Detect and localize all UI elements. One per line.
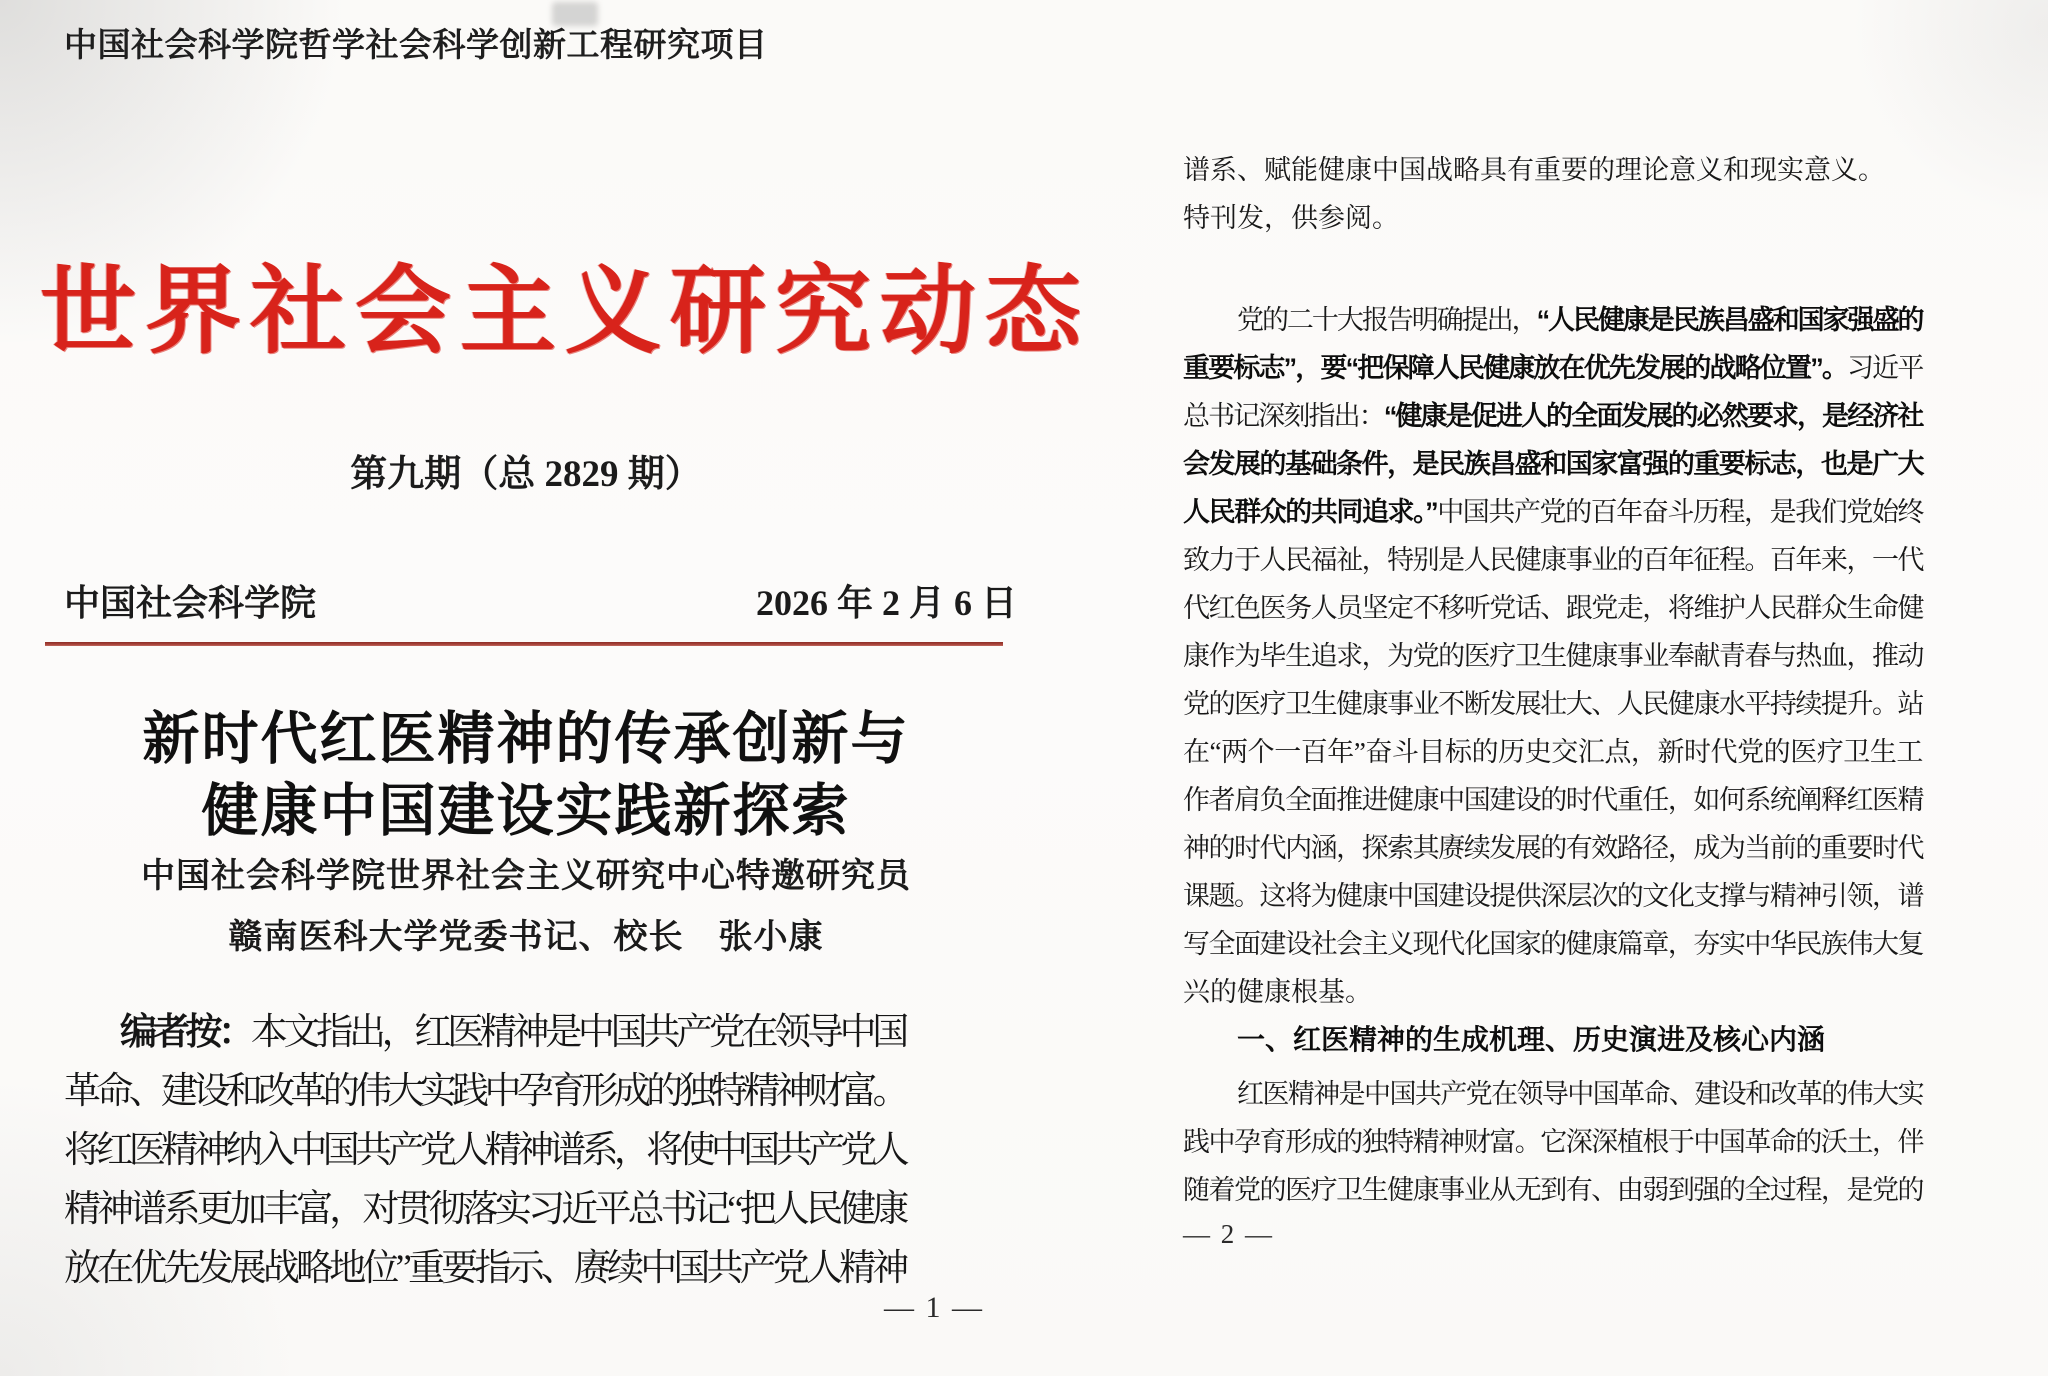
paragraph-gap (1183, 242, 1923, 296)
body-line: 特刊发，供参阅。 (1183, 194, 1923, 242)
author-name-line: 赣南医科大学党委书记、校长 张小康 (40, 910, 1012, 966)
body-line: 总书记深刻指出：“健康是促进人的全面发展的必然要求，是经济社 (1183, 392, 1923, 440)
editor-note-line: 放在优先发展战略地位”重要指示、赓续中国共产党人精神 (64, 1239, 905, 1298)
body-line: 党的二十大报告明确提出，“人民健康是民族昌盛和国家强盛的 (1183, 296, 1923, 344)
editor-note-line: 精神谱系更加丰富，对贯彻落实习近平总书记“把人民健康 (64, 1180, 905, 1239)
document-scan: 中国社会科学院哲学社会科学创新工程研究项目 世界社会主义研究动态 第九期（总 2… (0, 0, 2048, 1376)
body-line: 践中孕育形成的独特精神财富。它深深植根于中国革命的沃土，伴 (1183, 1118, 1923, 1166)
body-line: 神的时代内涵，探索其赓续发展的有效路径，成为当前的重要时代 (1183, 824, 1923, 872)
section-heading: 一、红医精神的生成机理、历史演进及核心内涵 (1183, 1016, 1923, 1064)
editor-note-line: 革命、建设和改革的伟大实践中孕育形成的独特精神财富。 (64, 1062, 905, 1121)
body-line: 康作为毕生追求，为党的医疗卫生健康事业奉献青春与热血，推动 (1183, 632, 1923, 680)
journal-masthead: 世界社会主义研究动态 (40, 252, 1012, 372)
author-affiliation: 中国社会科学院世界社会主义研究中心特邀研究员 (40, 849, 1012, 905)
editor-note-text: 本文指出，红医精神是中国共产党在领导中国 (251, 1012, 905, 1053)
page-2-text-column: 谱系、赋能健康中国战略具有重要的理论意义和现实意义。 特刊发，供参阅。 党的二十… (1183, 146, 1923, 1254)
project-header: 中国社会科学院哲学社会科学创新工程研究项目 (64, 25, 964, 65)
editor-note-line: 编者按：本文指出，红医精神是中国共产党在领导中国 (64, 1003, 905, 1062)
body-line: 兴的健康根基。 (1183, 968, 1923, 1016)
article-title-line2: 健康中国建设实践新探索 (40, 770, 1012, 854)
editor-note-line: 将红医精神纳入中国共产党人精神谱系，将使中国共产党人 (64, 1121, 905, 1180)
page-number-2: — 2 — (1183, 1214, 1923, 1254)
body-line: 作者肩负全面推进健康中国建设的时代重任，如何系统阐释红医精 (1183, 776, 1923, 824)
body-line: 会发展的基础条件，是民族昌盛和国家富强的重要标志，也是广大 (1183, 440, 1923, 488)
body-line: 人民群众的共同追求。”中国共产党的百年奋斗历程，是我们党始终 (1183, 488, 1923, 536)
issue-date: 2026 年 2 月 6 日 (756, 573, 1017, 633)
body-line: 写全面建设社会主义现代化国家的健康篇章，夯实中华民族伟大复 (1183, 920, 1923, 968)
organization-name: 中国社会科学院 (64, 573, 316, 633)
editor-note-label: 编者按： (120, 1012, 251, 1053)
body-line: 代红色医务人员坚定不移听党话、跟党走，将维护人民群众生命健 (1183, 584, 1923, 632)
body-line: 课题。这将为健康中国建设提供深层次的文化支撑与精神引领，谱 (1183, 872, 1923, 920)
body-line: 在“两个一百年”奋斗目标的历史交汇点，新时代党的医疗卫生工 (1183, 728, 1923, 776)
body-line: 党的医疗卫生健康事业不断发展壮大、人民健康水平持续提升。站 (1183, 680, 1923, 728)
issue-line: 第九期（总 2829 期） (40, 445, 1012, 505)
editor-note: 编者按：本文指出，红医精神是中国共产党在领导中国 革命、建设和改革的伟大实践中孕… (64, 1003, 905, 1298)
body-line: 随着党的医疗卫生健康事业从无到有、由弱到强的全过程，是党的 (1183, 1166, 1923, 1214)
body-line: 红医精神是中国共产党在领导中国革命、建设和改革的伟大实 (1183, 1070, 1923, 1118)
body-line: 重要标志”，要“把保障人民健康放在优先发展的战略位置”。习近平 (1183, 344, 1923, 392)
body-line: 谱系、赋能健康中国战略具有重要的理论意义和现实意义。 (1183, 146, 1923, 194)
body-line: 致力于人民福祉，特别是人民健康事业的百年征程。百年来，一代 (1183, 536, 1923, 584)
red-divider-rule (45, 642, 1003, 646)
paper-smudge (552, 2, 598, 26)
page-number-1: — 1 — (884, 1286, 984, 1330)
